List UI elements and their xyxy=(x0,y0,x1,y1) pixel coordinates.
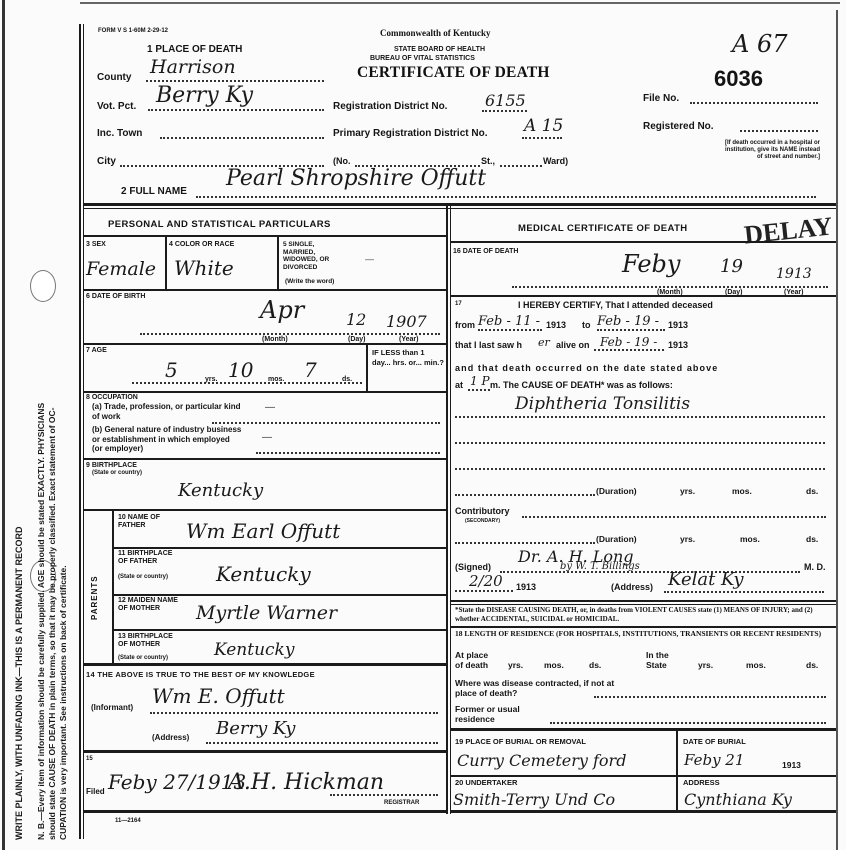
mother-birthplace-note: (State or country) xyxy=(118,655,168,662)
duration-label-2: (Duration) xyxy=(596,534,637,544)
informant-label: (Informant) xyxy=(91,703,133,712)
undertaker-label: 20 UNDERTAKER xyxy=(455,779,517,787)
at-place-ds: ds. xyxy=(589,660,601,670)
column-divider xyxy=(446,206,448,814)
age-yrs-caption: yrs. xyxy=(205,376,217,383)
hospital-note: [If death occurred in a hospital or inst… xyxy=(720,140,820,161)
medical-rule-2 xyxy=(451,600,836,602)
parents-side-label: PARENTS xyxy=(90,575,99,620)
burial-date-value[interactable]: Feby 21 xyxy=(684,751,744,769)
signed-label: (Signed) xyxy=(455,562,491,572)
cause-field-3[interactable] xyxy=(455,460,825,470)
ward-label: Ward) xyxy=(543,156,568,166)
last-saw-pronoun: er xyxy=(538,336,550,349)
from-value: Feb - 11 - xyxy=(478,314,540,329)
file-no-field[interactable] xyxy=(690,93,818,104)
side-instruction-line3: should state CAUSE OF DEATH in plain ter… xyxy=(47,408,57,841)
at-place-mos: mos. xyxy=(544,660,564,670)
cause-footnote: *State the DISEASE CAUSING DEATH, or, in… xyxy=(455,606,831,624)
sex-race-divider xyxy=(165,237,167,289)
burial-date-label: DATE OF BURIAL xyxy=(683,738,746,746)
age-years: 5 xyxy=(165,358,178,382)
father-birthplace-note: (State or country) xyxy=(118,574,168,581)
reg-district-field[interactable]: 6155 xyxy=(482,100,527,112)
dob-day: 12 xyxy=(346,310,366,329)
if-less-divider xyxy=(366,345,368,391)
death-day: 19 xyxy=(720,256,743,277)
duration-field-2[interactable] xyxy=(455,534,595,544)
top-border xyxy=(80,2,840,4)
parents-rule-2 xyxy=(114,594,446,596)
age-ds-caption: ds. xyxy=(342,376,352,383)
parents-rule-4 xyxy=(84,663,446,666)
medical-heading-rule xyxy=(451,241,836,243)
where-contracted-field[interactable] xyxy=(594,689,826,698)
former-residence-label: Former or usual residence xyxy=(455,704,555,724)
row-rule-5 xyxy=(84,509,446,511)
personal-heading-rule xyxy=(84,235,446,237)
birthplace-label: 9 BIRTHPLACE xyxy=(86,462,137,470)
at-place-yrs: yrs. xyxy=(508,660,523,670)
doctor-address-field[interactable]: Kelat Ky xyxy=(664,583,824,593)
alive-on-field[interactable]: Feb - 19 - xyxy=(594,340,664,351)
secondary-label: (SECONDARY) xyxy=(465,518,500,524)
punch-hole-top xyxy=(30,270,56,302)
age-days: 7 xyxy=(304,358,317,382)
signed-date-value: 2/20 xyxy=(469,572,503,590)
medical-rule-5 xyxy=(451,775,836,777)
race-value[interactable]: White xyxy=(174,256,234,280)
primary-reg-label: Primary Registration District No. xyxy=(333,128,487,139)
full-name-label: 2 FULL NAME xyxy=(121,186,187,197)
informant-address-value: Berry Ky xyxy=(216,718,295,739)
race-label: 4 COLOR OR RACE xyxy=(169,241,234,249)
parents-side-divider xyxy=(112,511,114,663)
mother-name-value[interactable]: Myrtle Warner xyxy=(196,602,337,624)
occupation-label: 8 OCCUPATION xyxy=(86,394,138,402)
occupation-a-field[interactable] xyxy=(212,414,440,424)
registrar-field xyxy=(330,788,438,796)
cause-field-2[interactable] xyxy=(455,434,825,444)
dob-year: 1907 xyxy=(386,312,427,331)
personal-heading: PERSONAL AND STATISTICAL PARTICULARS xyxy=(108,219,331,230)
row-rule-1 xyxy=(84,289,446,291)
header-separator xyxy=(84,203,836,206)
side-instruction-line4: CUPATION is very important. See instruct… xyxy=(58,565,68,840)
cause-text: m. The CAUSE OF DEATH* was as follows: xyxy=(490,380,673,390)
duration-ds-1: ds. xyxy=(806,486,818,496)
at-time-value: 1 P xyxy=(470,374,490,388)
reg-district-value: 6155 xyxy=(485,91,526,110)
side-instruction-line1: WRITE PLAINLY, WITH UNFADING INK—THIS IS… xyxy=(14,526,24,840)
in-state-yrs: yrs. xyxy=(698,660,713,670)
death-year: 1913 xyxy=(776,266,812,282)
occupation-a-value: — xyxy=(265,402,275,413)
full-name-field[interactable]: Pearl Shropshire Offutt xyxy=(196,186,816,198)
last-saw-label: that I last saw h xyxy=(455,340,522,350)
dob-year-caption: (Year) xyxy=(399,336,418,343)
burial-label: 19 PLACE OF BURIAL OR REMOVAL xyxy=(455,738,586,746)
form-right-border xyxy=(836,10,838,850)
form-left-border-2 xyxy=(83,24,84,839)
stamp-number: 6036 xyxy=(714,66,763,92)
filed-value[interactable]: Feby 27/1913 xyxy=(108,770,246,794)
at-place-label: At place of death xyxy=(455,650,495,670)
occupation-b-field[interactable] xyxy=(256,444,440,454)
ward-field[interactable] xyxy=(500,156,542,167)
medical-heading: MEDICAL CERTIFICATE OF DEATH xyxy=(518,223,688,234)
primary-reg-value: A 15 xyxy=(524,116,563,136)
file-no-label: File No. xyxy=(643,93,679,104)
certify-number: 17 xyxy=(455,301,462,308)
sex-value[interactable]: Female xyxy=(86,258,156,280)
alive-on-value: Feb - 19 - xyxy=(600,335,657,349)
informant-address-label: (Address) xyxy=(152,733,189,742)
to-value: Feb - 19 - xyxy=(597,314,659,329)
where-contracted-label: Where was disease contracted, if not at … xyxy=(455,678,615,698)
board-of-health: STATE BOARD OF HEALTH xyxy=(394,46,485,53)
dob-label: 6 DATE OF BIRTH xyxy=(86,293,145,301)
city-label: City xyxy=(97,156,116,167)
street-no-label: (No. xyxy=(333,156,351,166)
medical-rule-2b xyxy=(451,604,836,605)
filed-label: Filed xyxy=(86,787,105,796)
inc-town-field[interactable] xyxy=(160,128,324,139)
form-left-border xyxy=(79,24,81,839)
undertaker-value[interactable]: Smith-Terry Und Co xyxy=(453,790,615,809)
informant-address-field[interactable]: Berry Ky xyxy=(206,734,438,744)
commonwealth-title: Commonwealth of Kentucky xyxy=(380,28,491,38)
date-of-death-label: 16 DATE OF DEATH xyxy=(453,248,518,256)
in-state-label: In the State xyxy=(646,650,686,670)
cause-value: Diphtheria Tonsilitis xyxy=(515,394,690,414)
if-less-label: IF LESS than 1 day... hrs. or... min.? xyxy=(372,348,444,368)
signed-field[interactable]: Dr. A. H. Long by W. T. Billings xyxy=(500,563,800,573)
place-of-death-heading: 1 PLACE OF DEATH xyxy=(147,44,242,55)
in-state-mos: mos. xyxy=(746,660,766,670)
header-separator-2 xyxy=(84,208,836,209)
race-marital-divider xyxy=(277,237,279,289)
registrar-label: REGISTRAR xyxy=(384,800,419,807)
outer-left-border xyxy=(2,0,5,850)
duration-mos-1: mos. xyxy=(732,486,752,496)
burial-value[interactable]: Curry Cemetery ford xyxy=(457,751,626,770)
from-field[interactable]: Feb - 11 - xyxy=(478,320,542,331)
registered-no-label: Registered No. xyxy=(643,121,714,132)
to-year: 1913 xyxy=(668,320,688,330)
duration-yrs-1: yrs. xyxy=(680,486,695,496)
age-label: 7 AGE xyxy=(86,347,107,355)
medical-rule-4 xyxy=(451,728,836,731)
mother-name-label: 12 MAIDEN NAME OF MOTHER xyxy=(118,597,186,613)
parents-rule-3 xyxy=(114,629,446,631)
footer-code: 11—2164 xyxy=(115,818,141,825)
birthplace-note: (State or country) xyxy=(92,470,142,477)
burial-divider xyxy=(676,731,678,811)
medical-rule-3 xyxy=(451,626,836,628)
county-field[interactable]: Harrison xyxy=(146,70,324,82)
father-name-value[interactable]: Wm Earl Offutt xyxy=(186,519,340,543)
side-instruction-line2: N. B.—Every item of information should b… xyxy=(36,403,46,840)
duration-ds-2: ds. xyxy=(806,534,818,544)
marital-note: (Write the word) xyxy=(285,278,334,285)
full-name-value: Pearl Shropshire Offutt xyxy=(226,166,486,191)
father-birthplace-value[interactable]: Kentucky xyxy=(216,562,311,586)
medical-rule-1 xyxy=(451,295,836,297)
duration-field-1[interactable] xyxy=(455,486,595,496)
signed-year: 1913 xyxy=(516,582,536,592)
primary-reg-field[interactable]: A 15 xyxy=(522,128,562,139)
duration-yrs-2: yrs. xyxy=(680,534,695,544)
form-id: FORM V S 1-60M 2-29-12 xyxy=(98,28,168,35)
handwritten-code: A 67 xyxy=(732,30,788,58)
row-rule-2 xyxy=(84,343,446,345)
bureau-vital-statistics: BUREAU OF VITAL STATISTICS xyxy=(370,55,475,62)
from-label: from xyxy=(455,320,475,330)
bottom-rule-left xyxy=(84,810,446,813)
doctor-address-value: Kelat Ky xyxy=(668,569,744,590)
certificate-title: CERTIFICATE OF DEATH xyxy=(357,64,550,82)
occupation-b-label: (b) General nature of industry business … xyxy=(92,425,242,454)
mother-birthplace-label: 13 BIRTHPLACE OF MOTHER xyxy=(118,633,180,649)
contributory-field[interactable] xyxy=(522,508,826,518)
marital-label: 5 SINGLE, MARRIED, WIDOWED, OR DIVORCED xyxy=(283,241,339,271)
occupation-b-value: — xyxy=(262,432,272,443)
former-residence-field[interactable] xyxy=(550,715,826,724)
street-st-label: St., xyxy=(481,156,495,166)
occurred-text: and that death occurred on the date stat… xyxy=(455,363,718,373)
to-field[interactable]: Feb - 19 - xyxy=(597,320,665,331)
father-birthplace-label: 11 BIRTHPLACE OF FATHER xyxy=(118,550,180,566)
birthplace-value[interactable]: Kentucky xyxy=(178,480,263,501)
informant-value: Wm E. Offutt xyxy=(152,684,285,708)
undertaker-address-label: ADDRESS xyxy=(683,779,720,787)
vot-pct-label: Vot. Pct. xyxy=(97,101,136,112)
informant-field[interactable]: Wm E. Offutt xyxy=(150,704,438,714)
column-divider-2 xyxy=(450,206,451,814)
county-value: Harrison xyxy=(150,56,236,78)
mother-birthplace-value[interactable]: Kentucky xyxy=(214,640,294,660)
vot-pct-field[interactable]: Berry Ky xyxy=(148,99,324,111)
residence-heading: 18 LENGTH OF RESIDENCE (FOR HOSPITALS, I… xyxy=(455,629,831,638)
age-mos-caption: mos. xyxy=(268,376,284,383)
vot-pct-value: Berry Ky xyxy=(156,83,253,108)
inc-town-label: Inc. Town xyxy=(97,128,142,139)
at-label: at xyxy=(455,380,463,390)
row-rule-4 xyxy=(84,458,446,460)
dob-month: Apr xyxy=(260,296,304,324)
sex-label: 3 SEX xyxy=(86,241,106,249)
doctor-address-label: (Address) xyxy=(611,582,653,592)
in-state-ds: ds. xyxy=(806,660,818,670)
undertaker-address-value[interactable]: Cynthiana Ky xyxy=(684,790,792,809)
registered-no-field[interactable] xyxy=(740,121,818,132)
informant-statement: 14 THE ABOVE IS TRUE TO THE BEST OF MY K… xyxy=(86,670,315,679)
burial-year: 1913 xyxy=(782,760,801,770)
duration-mos-2: mos. xyxy=(740,534,760,544)
marital-value[interactable]: — xyxy=(365,254,374,264)
death-month: Feby xyxy=(622,250,680,278)
parents-rule-1 xyxy=(114,547,446,549)
informant-rule xyxy=(84,750,446,753)
signed-sub: by W. T. Billings xyxy=(560,561,640,572)
at-time-field[interactable]: 1 P xyxy=(468,380,490,391)
to-label: to xyxy=(582,320,591,330)
cause-field-1[interactable]: Diphtheria Tonsilitis xyxy=(455,408,825,418)
alive-on-label: alive on xyxy=(556,340,590,350)
dob-month-caption: (Month) xyxy=(262,336,288,343)
father-name-label: 10 NAME OF FATHER xyxy=(118,514,170,530)
duration-label-1: (Duration) xyxy=(596,486,637,496)
age-months: 10 xyxy=(228,358,253,382)
signed-date-field[interactable]: 2/20 xyxy=(455,582,513,592)
filing-number: 15 xyxy=(86,756,93,763)
alive-on-year: 1913 xyxy=(668,340,688,350)
certify-text: I HEREBY CERTIFY, That I attended deceas… xyxy=(518,300,713,310)
dob-day-caption: (Day) xyxy=(348,336,366,343)
county-label: County xyxy=(97,72,131,83)
reg-district-label: Registration District No. xyxy=(333,101,447,112)
from-year: 1913 xyxy=(546,320,566,330)
delay-stamp: DELAY xyxy=(743,211,834,250)
md-label: M. D. xyxy=(804,562,826,572)
bottom-rule-right xyxy=(451,810,836,813)
contributory-label: Contributory xyxy=(455,506,510,516)
row-rule-3 xyxy=(84,391,446,393)
